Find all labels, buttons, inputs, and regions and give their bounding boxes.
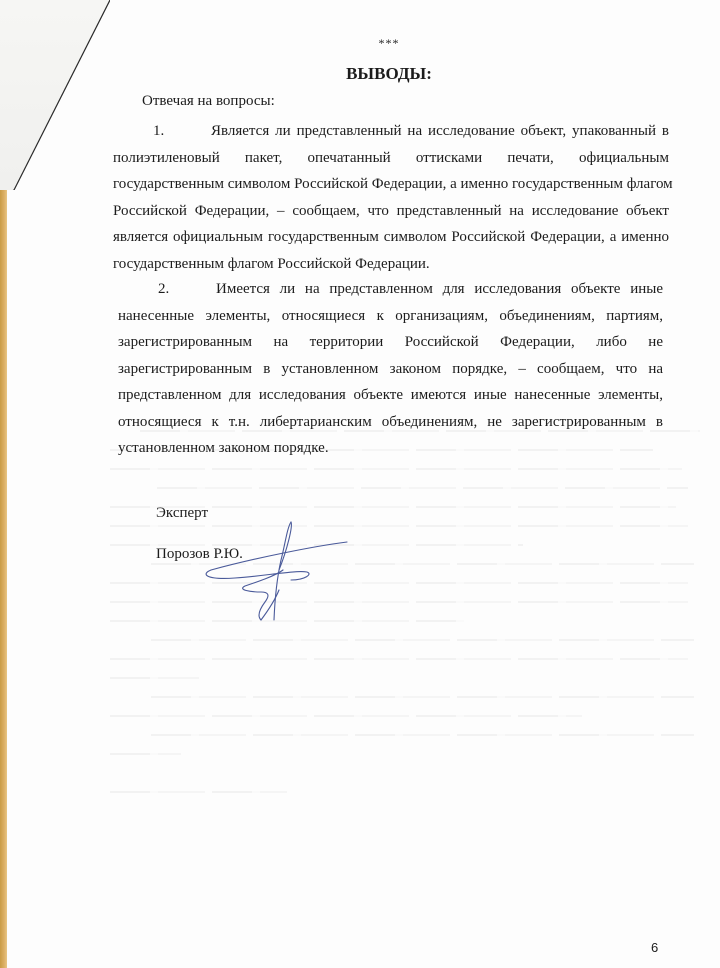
answer-number: 1. — [153, 118, 211, 145]
answer-1-line-6: государственным флагом Российской Федера… — [113, 251, 669, 278]
page-fold-edge — [0, 0, 110, 190]
answer-2-line-7: установленном законом порядке. — [118, 435, 663, 462]
answer-2-line-6: относящиеся к т.н. либертарианским объед… — [118, 409, 663, 436]
page-number: 6 — [651, 940, 658, 955]
answer-2-line-5: представленном для исследования объекте … — [118, 382, 663, 409]
intro-text: Отвечая на вопросы: — [142, 93, 275, 110]
answer-1-line-5: является официальным государственным сим… — [113, 224, 669, 251]
answer-2-line-4: зарегистрированным в установленном закон… — [118, 356, 663, 383]
answer-2-line-1: 2.Имеется ли на представленном для иссле… — [118, 276, 663, 303]
section-separator: *** — [0, 36, 720, 51]
scanned-page: *** ВЫВОДЫ: Отвечая на вопросы: 1.Являет… — [0, 0, 720, 968]
handwritten-signature-icon — [195, 520, 355, 625]
section-title: ВЫВОДЫ: — [0, 64, 720, 84]
answer-1-line-3: государственным символом Российской Феде… — [113, 171, 669, 198]
answer-2-line-3: зарегистрированным на территории Российс… — [118, 329, 663, 356]
answer-1-line-4: Российской Федерации, – сообщаем, что пр… — [113, 198, 669, 225]
answer-2-line-2: нанесенные элементы, относящиеся к орган… — [118, 303, 663, 330]
answer-1-line-2: полиэтиленовый пакет, опечатанный оттиск… — [113, 145, 669, 172]
answer-1: 1.Является ли представленный на исследов… — [113, 118, 669, 277]
answer-1-line-1: 1.Является ли представленный на исследов… — [113, 118, 669, 145]
answer-number: 2. — [158, 276, 216, 303]
answer-2: 2.Имеется ли на представленном для иссле… — [118, 276, 663, 462]
